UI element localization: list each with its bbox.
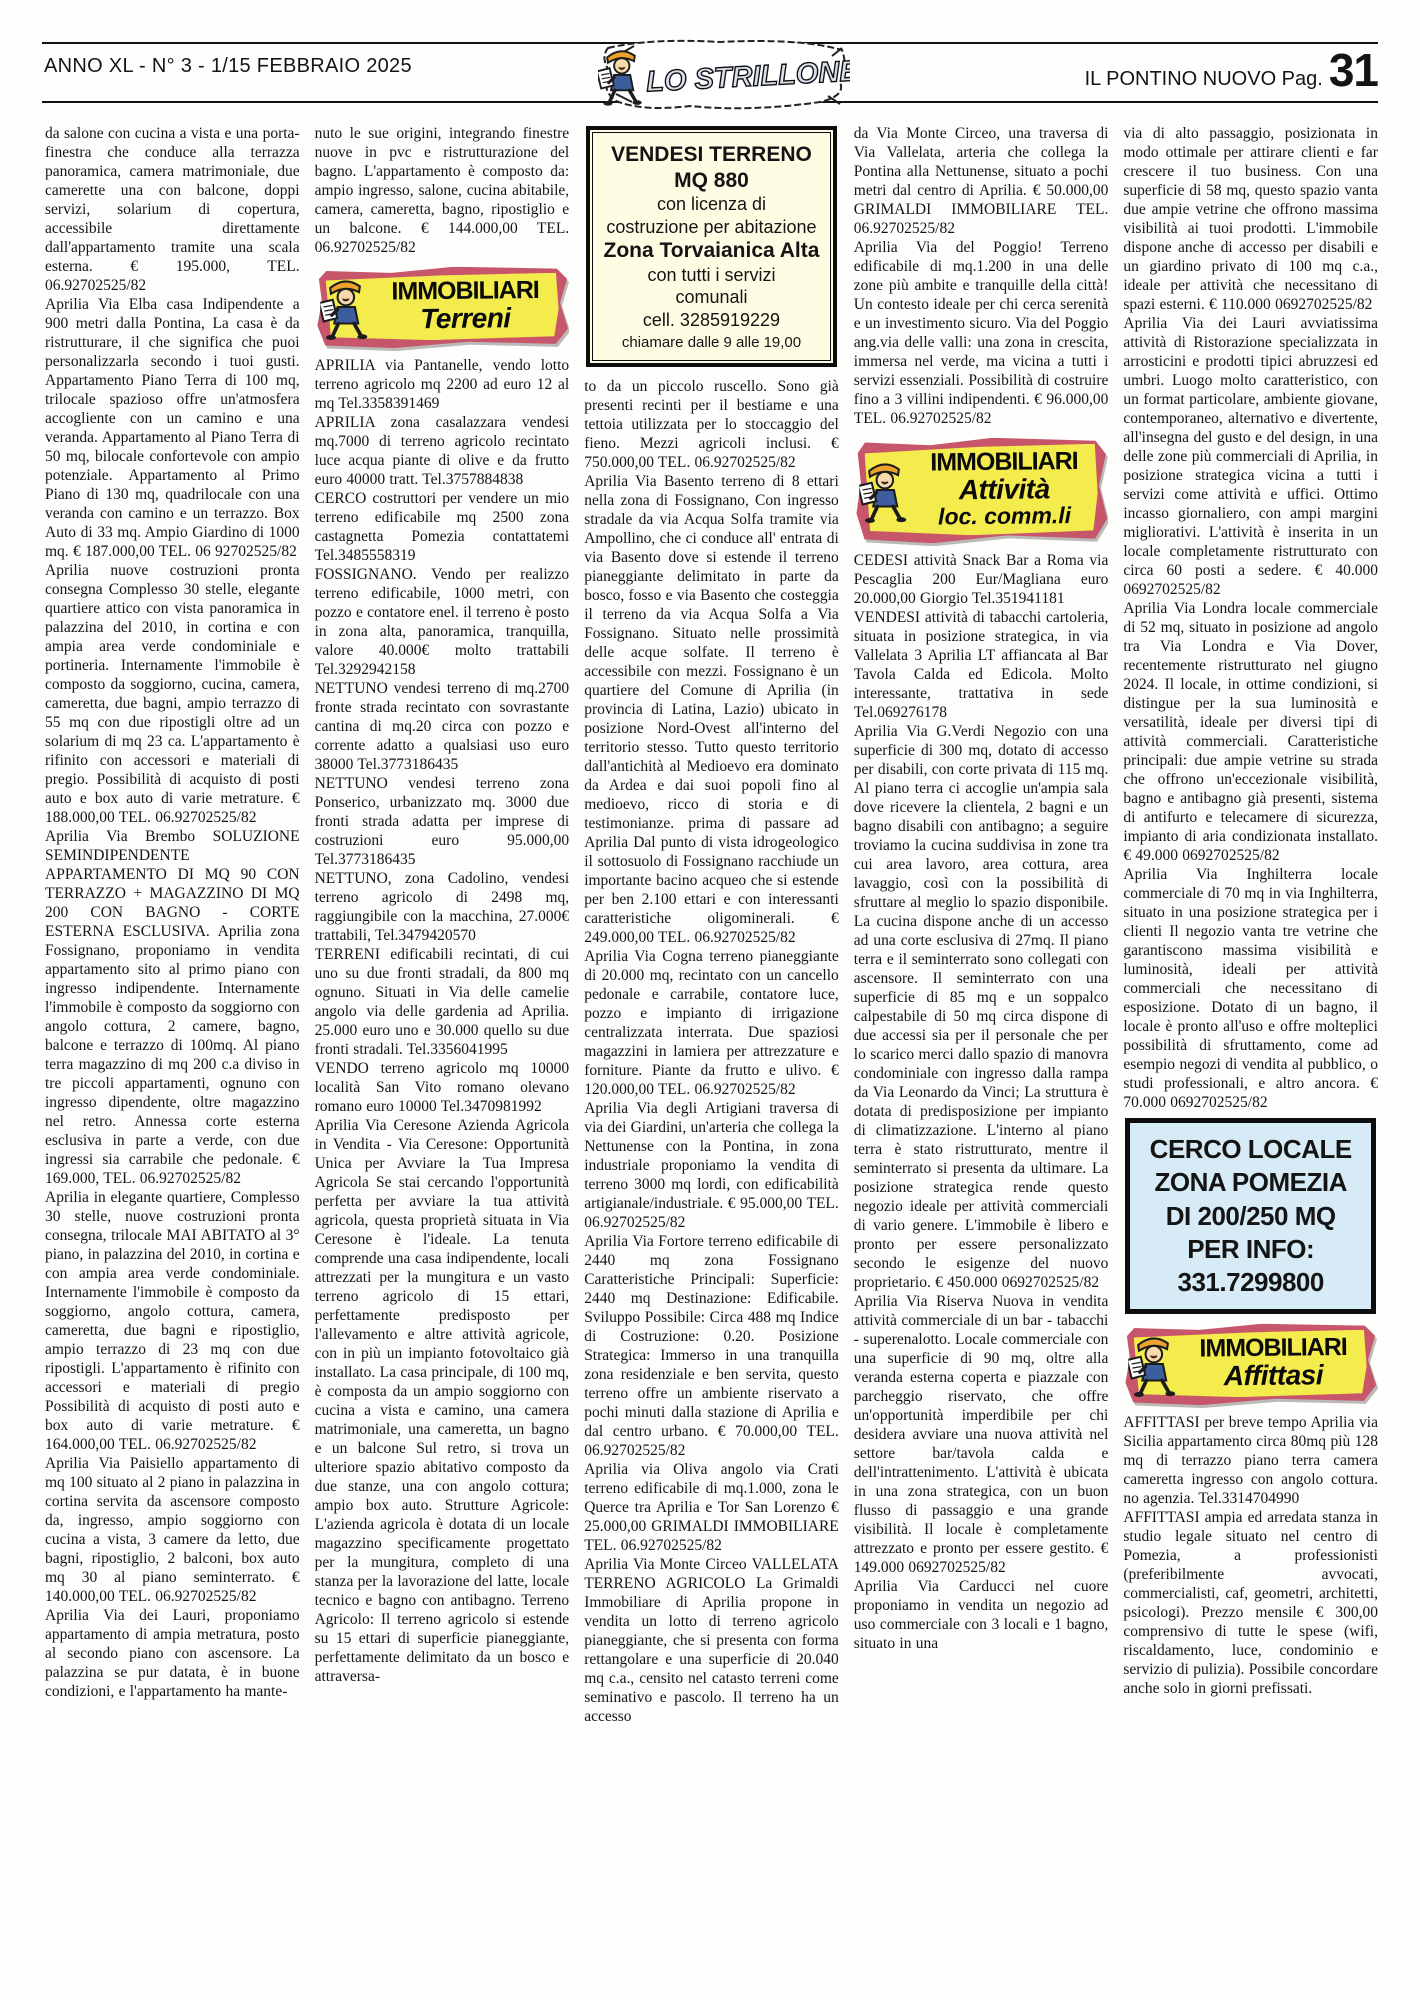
classified-ad: Aprilia Via Brembo SOLUZIONE SEMINDIPEND…	[45, 827, 300, 1188]
classified-ad: FOSSIGNANO. Vendo per realizzo terreno e…	[315, 565, 570, 679]
boxed-ad-line: MQ 880	[594, 168, 829, 194]
boxed-ad-line: con licenza di	[594, 193, 829, 216]
classified-ad: TERRENI edificabili recintati, di cui un…	[315, 945, 570, 1059]
classified-ad: CERCO costruttori per vendere un mio ter…	[315, 489, 570, 565]
classified-ad: VENDO terreno agricolo mq 10000 località…	[315, 1059, 570, 1116]
badge-title: IMMOBILIARI	[914, 449, 1093, 476]
lo-strillone-logo: LO STRILLONE	[570, 36, 850, 116]
paper-title-label: IL PONTINO NUOVO Pag.	[1085, 69, 1323, 89]
vendesi-terreno-boxed-ad: VENDESI TERRENO MQ 880 con licenza di co…	[586, 126, 837, 367]
page-number: 31	[1329, 52, 1378, 89]
classified-ad: Aprilia Via Inghilterra locale commercia…	[1123, 865, 1378, 1112]
paper-title: IL PONTINO NUOVO Pag. 31	[1085, 52, 1378, 89]
classified-ad: Aprilia Via Paisiello appartamento di mq…	[45, 1454, 300, 1606]
newspaper-page: ANNO XL - N° 3 - 1/15 FEBBRAIO 2025 IL P…	[0, 0, 1420, 2000]
classified-ad: APRILIA via Pantanelle, vendo lotto terr…	[315, 356, 570, 413]
classified-ad: to da un piccolo ruscello. Sono già pres…	[584, 377, 839, 472]
page-header: ANNO XL - N° 3 - 1/15 FEBBRAIO 2025 IL P…	[42, 0, 1378, 116]
classified-ad: Aprilia Via del Poggio! Terreno edificab…	[854, 238, 1109, 428]
classified-ad: Aprilia Via Monte Circeo VALLELATA TERRE…	[584, 1555, 839, 1726]
classified-ad: via di alto passaggio, posizionata in mo…	[1123, 124, 1378, 314]
column-3-ads: to da un piccolo ruscello. Sono già pres…	[584, 377, 839, 1726]
boxed-ad-line: CERCO LOCALE	[1132, 1133, 1369, 1166]
badge-subtitle: Attività	[915, 474, 1094, 504]
badge-title: IMMOBILIARI	[375, 278, 554, 305]
column-1-ads: da salone con cucina a vista e una porta…	[45, 124, 300, 1701]
column-2-ads-top: nuto le sue origini, integrando finestre…	[315, 124, 570, 257]
boxed-ad-phone: cell. 3285919229	[594, 309, 829, 332]
classified-ad: NETTUNO vendesi terreno zona Ponserico, …	[315, 774, 570, 869]
boxed-ad-line: costruzione per abitazione	[594, 216, 829, 239]
classified-ad: CEDESI attività Snack Bar a Roma via Pes…	[854, 551, 1109, 608]
badge-subtitle: Affittasi	[1184, 1361, 1363, 1391]
boxed-ad-line: PER INFO:	[1132, 1233, 1369, 1266]
column-2-ads-bottom: APRILIA via Pantanelle, vendo lotto terr…	[315, 356, 570, 1686]
column-1: da salone con cucina a vista e una porta…	[45, 124, 300, 1990]
column-4-ads-bottom: CEDESI attività Snack Bar a Roma via Pes…	[854, 551, 1109, 1653]
newsboy-icon	[319, 274, 371, 340]
classified-ad: Aprilia nuove costruzioni pronta consegn…	[45, 561, 300, 827]
newsboy-icon	[1127, 1331, 1179, 1397]
newsboy-icon	[858, 457, 910, 523]
cerco-locale-boxed-ad: CERCO LOCALE ZONA POMEZIA DI 200/250 MQ …	[1125, 1118, 1376, 1314]
column-2: nuto le sue origini, integrando finestre…	[315, 124, 570, 1990]
column-5: via di alto passaggio, posizionata in mo…	[1123, 124, 1378, 1990]
badge-title: IMMOBILIARI	[1184, 1335, 1363, 1362]
classified-ad: Aprilia via Oliva angolo via Crati terre…	[584, 1460, 839, 1555]
classified-ad: VENDESI attività di tabacchi cartoleria,…	[854, 608, 1109, 722]
boxed-ad-phone: 331.7299800	[1132, 1266, 1369, 1299]
boxed-ad-line: DI 200/250 MQ	[1132, 1200, 1369, 1233]
column-5-ads-bottom: AFFITTASI per breve tempo Aprilia via Si…	[1123, 1413, 1378, 1698]
classified-ad: AFFITTASI per breve tempo Aprilia via Si…	[1123, 1413, 1378, 1508]
section-badge-terreni: IMMOBILIARI Terreni	[317, 267, 568, 347]
column-5-ads-top: via di alto passaggio, posizionata in mo…	[1123, 124, 1378, 1112]
column-3: VENDESI TERRENO MQ 880 con licenza di co…	[584, 124, 839, 1990]
issue-info: ANNO XL - N° 3 - 1/15 FEBBRAIO 2025	[44, 56, 412, 76]
classified-ad: nuto le sue origini, integrando finestre…	[315, 124, 570, 257]
boxed-ad-line: Zona Torvaianica Alta	[594, 238, 829, 264]
classified-ad: Aprilia Via G.Verdi Negozio con una supe…	[854, 722, 1109, 1292]
badge-subtitle-2: loc. comm.li	[915, 503, 1094, 529]
classified-ad: da Via Monte Circeo, una traversa di Via…	[854, 124, 1109, 238]
classified-ad: Aprilia Via Elba casa Indipendente a 900…	[45, 295, 300, 561]
boxed-ad-line: con tutti i servizi	[594, 264, 829, 287]
classified-ad: da salone con cucina a vista e una porta…	[45, 124, 300, 295]
classified-ad: NETTUNO vendesi terreno di mq.2700 front…	[315, 679, 570, 774]
classified-ad: Aprilia Via Fortore terreno edificabile …	[584, 1232, 839, 1460]
boxed-ad-line: comunali	[594, 286, 829, 309]
classified-ad: Aprilia Via Carducci nel cuore proponiam…	[854, 1577, 1109, 1653]
classified-ad: Aprilia Via Basento terreno di 8 ettari …	[584, 472, 839, 947]
section-badge-affittasi: IMMOBILIARI Affittasi	[1125, 1324, 1376, 1404]
classified-ad: Aprilia Via Cogna terreno pianeggiante d…	[584, 947, 839, 1099]
badge-subtitle: Terreni	[376, 303, 555, 333]
classified-ad: Aprilia Via Riserva Nuova in vendita att…	[854, 1292, 1109, 1577]
classified-ad: Aprilia in elegante quartiere, Complesso…	[45, 1188, 300, 1454]
classified-ad: Aprilia Via Londra locale commerciale di…	[1123, 599, 1378, 865]
classified-ad: NETTUNO, zona Cadolino, vendesi terreno …	[315, 869, 570, 945]
boxed-ad-line: ZONA POMEZIA	[1132, 1166, 1369, 1199]
classified-ad: Aprilia Via degli Artigiani traversa di …	[584, 1099, 839, 1232]
classifieds-columns: da salone con cucina a vista e una porta…	[45, 124, 1378, 1990]
classified-ad: Aprilia Via dei Lauri, proponiamo appart…	[45, 1606, 300, 1701]
column-4-ads-top: da Via Monte Circeo, una traversa di Via…	[854, 124, 1109, 428]
boxed-ad-hours: chiamare dalle 9 alle 19,00	[594, 333, 829, 353]
classified-ad: Aprilia Via Ceresone Azienda Agricola in…	[315, 1116, 570, 1686]
boxed-ad-line: VENDESI TERRENO	[594, 142, 829, 168]
section-badge-attivita: IMMOBILIARI Attività loc. comm.li	[856, 438, 1107, 542]
column-4: da Via Monte Circeo, una traversa di Via…	[854, 124, 1109, 1990]
classified-ad: Aprilia Via dei Lauri avviatissima attiv…	[1123, 314, 1378, 599]
classified-ad: APRILIA zona casalazzara vendesi mq.7000…	[315, 413, 570, 489]
classified-ad: AFFITTASI ampia ed arredata stanza in st…	[1123, 1508, 1378, 1698]
